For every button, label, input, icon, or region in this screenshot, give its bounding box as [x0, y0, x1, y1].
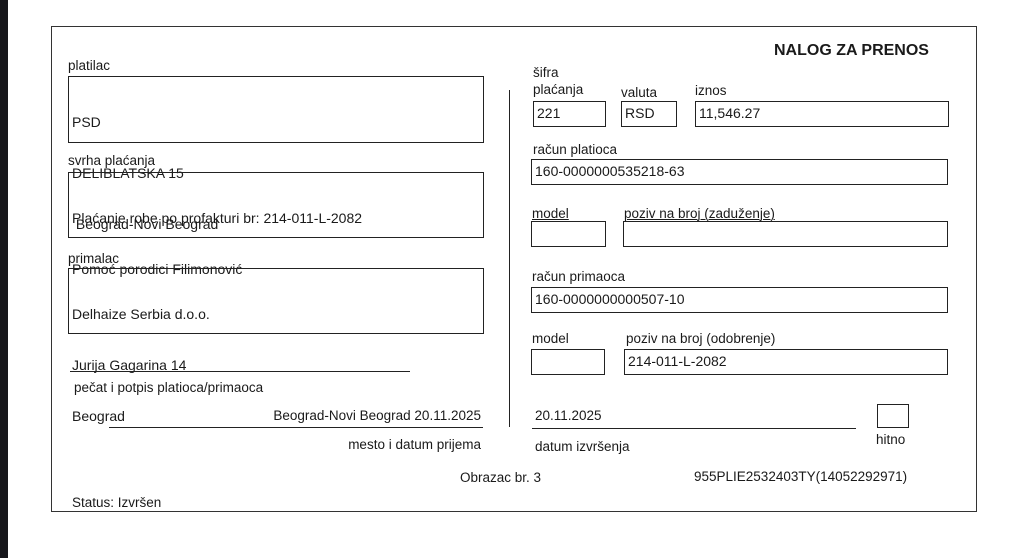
status-text: Status: Izvršen — [72, 495, 161, 510]
left-dark-strip — [0, 0, 8, 558]
credit-model-field[interactable] — [531, 349, 605, 375]
recipient-account-field[interactable]: 160-0000000000507-10 — [531, 287, 948, 313]
urgent-checkbox[interactable] — [877, 404, 909, 428]
recipient-label: primalac — [68, 251, 119, 266]
execution-date-line — [532, 428, 856, 429]
payment-code-label-2: plaćanja — [533, 82, 583, 97]
recipient-account-label: račun primaoca — [532, 269, 625, 284]
form-number: Obrazac br. 3 — [460, 470, 541, 485]
payer-account-label: račun platioca — [533, 142, 617, 157]
form-title: NALOG ZA PRENOS — [774, 42, 929, 60]
credit-reference-field[interactable]: 214-011-L-2082 — [624, 349, 948, 375]
place-date-label: mesto i datum prijema — [240, 437, 481, 452]
execution-date-value: 20.11.2025 — [535, 408, 602, 423]
payment-code-field[interactable]: 221 — [533, 101, 606, 127]
credit-model-label: model — [532, 331, 569, 346]
purpose-box: Plaćanje robe po profakturi br: 214-011-… — [68, 172, 484, 238]
recipient-box: Delhaize Serbia d.o.o. Jurija Gagarina 1… — [68, 268, 484, 334]
purpose-line: Plaćanje robe po profakturi br: 214-011-… — [72, 210, 483, 227]
debit-reference-label: poziv na broj (zaduženje) — [624, 206, 775, 221]
amount-field[interactable]: 11,546.27 — [695, 101, 949, 127]
debit-model-field[interactable] — [531, 221, 606, 247]
place-date-line — [109, 427, 483, 428]
debit-model-label: model — [532, 206, 569, 221]
recipient-line: Delhaize Serbia d.o.o. — [72, 306, 483, 323]
credit-reference-label: poziv na broj (odobrenje) — [626, 331, 775, 346]
debit-reference-field[interactable] — [623, 221, 948, 247]
urgent-label: hitno — [876, 432, 905, 447]
column-divider — [509, 90, 510, 427]
signature-line — [70, 371, 410, 372]
payment-code-label-1: šifra — [533, 65, 559, 80]
signature-label: pečat i potpis platioca/primaoca — [74, 380, 263, 395]
payer-line: PSD — [72, 114, 483, 131]
payer-label: platilac — [68, 58, 110, 73]
reference-code: 955PLIE2532403TY(14052292971) — [694, 469, 907, 484]
amount-label: iznos — [695, 83, 727, 98]
place-date-value: Beograd-Novi Beograd 20.11.2025 — [180, 408, 481, 423]
payer-account-field[interactable]: 160-0000000535218-63 — [531, 159, 948, 185]
payer-box: PSD DELIBLATSKA 15 Beograd-Novi Beograd — [68, 76, 484, 143]
currency-label: valuta — [621, 85, 657, 100]
execution-date-label: datum izvršenja — [535, 439, 630, 454]
purpose-label: svrha plaćanja — [68, 153, 155, 168]
currency-field[interactable]: RSD — [621, 101, 677, 127]
